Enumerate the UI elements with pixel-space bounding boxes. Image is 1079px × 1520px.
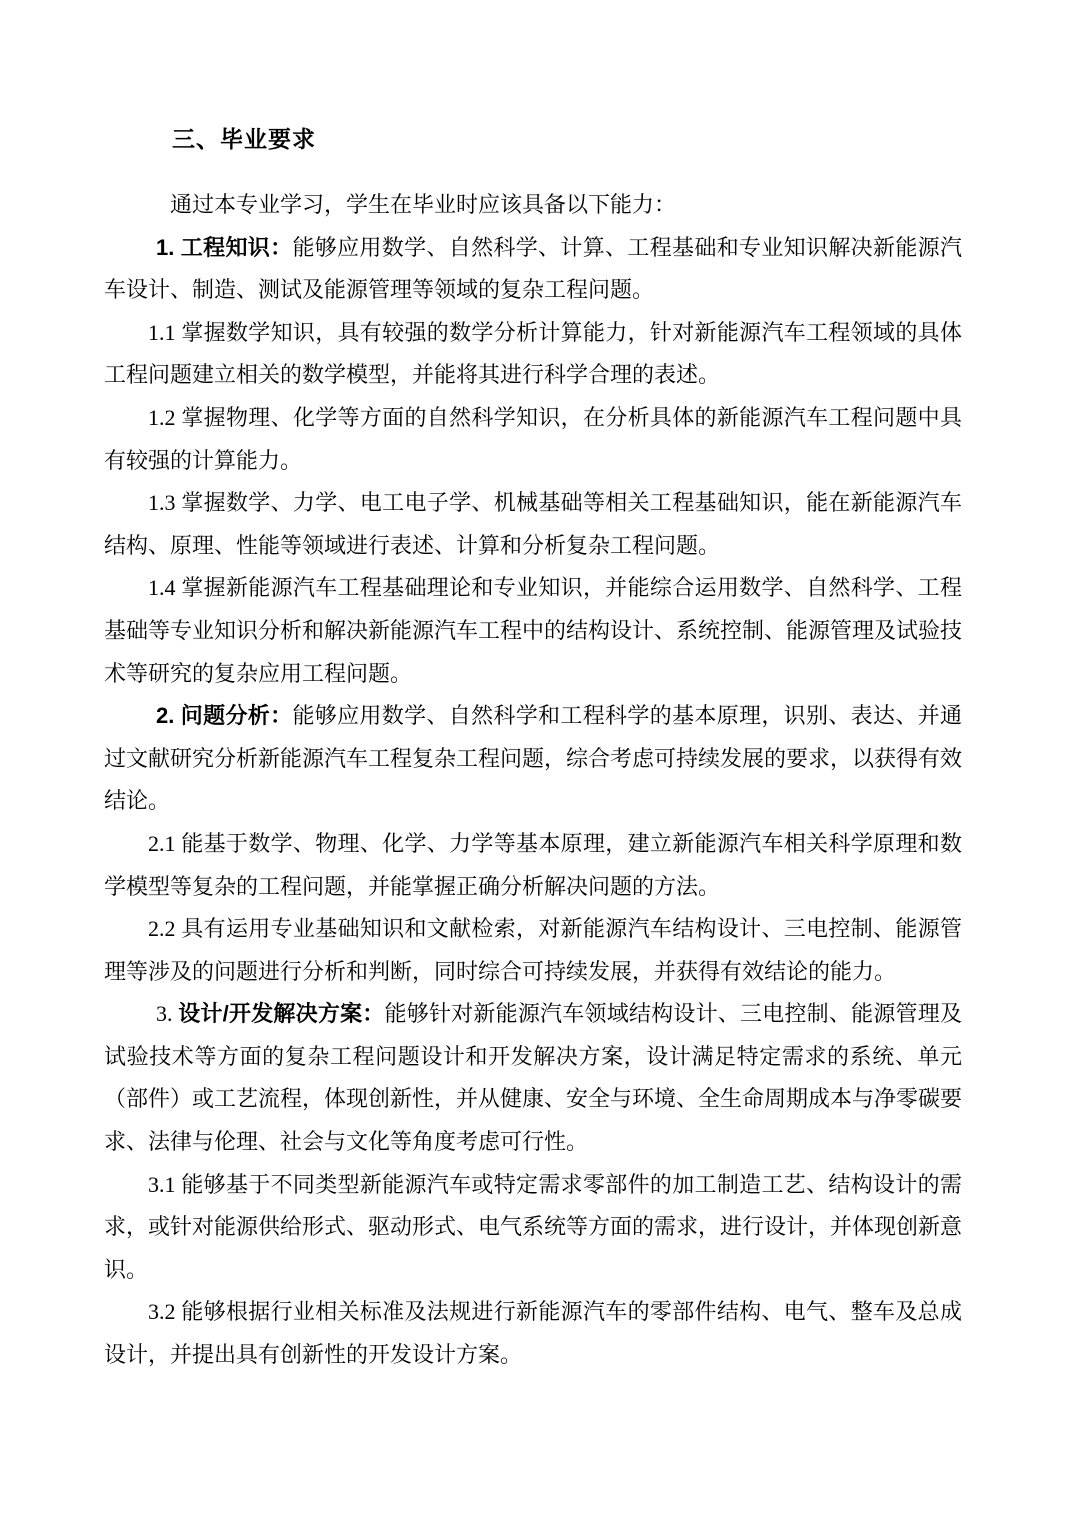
paragraph-text: 3.1 能够基于不同类型新能源汽车或特定需求零部件的加工制造工艺、结构设计的需求… (104, 1172, 962, 1282)
paragraph-requirement-2: 2. 问题分析：能够应用数学、自然科学和工程科学的基本原理，识别、表达、并通过文… (104, 695, 962, 823)
document-page: 三、毕业要求 通过本专业学习，学生在毕业时应该具备以下能力： 1. 工程知识：能… (0, 0, 1079, 1520)
paragraph-text: 1.1 掌握数学知识，具有较强的数学分析计算能力，针对新能源汽车工程领域的具体工… (104, 320, 962, 388)
paragraph-requirement-2-2: 2.2 具有运用专业基础知识和文献检索，对新能源汽车结构设计、三电控制、能源管理… (104, 908, 962, 993)
paragraph-requirement-3: 3. 设计/开发解决方案：能够针对新能源汽车领域结构设计、三电控制、能源管理及试… (104, 993, 962, 1163)
paragraph-requirement-2-1: 2.1 能基于数学、物理、化学、力学等基本原理，建立新能源汽车相关科学原理和数学… (104, 823, 962, 908)
paragraph-requirement-1: 1. 工程知识：能够应用数学、自然科学、计算、工程基础和专业知识解决新能源汽车设… (104, 227, 962, 312)
requirement-1-label: 1. 工程知识： (156, 235, 292, 260)
requirement-2-label: 2. 问题分析： (156, 703, 292, 728)
paragraph-requirement-1-3: 1.3 掌握数学、力学、电工电子学、机械基础等相关工程基础知识，能在新能源汽车结… (104, 482, 962, 567)
paragraph-requirement-1-4: 1.4 掌握新能源汽车工程基础理论和专业知识，并能综合运用数学、自然科学、工程基… (104, 567, 962, 695)
requirement-3-label: 设计/开发解决方案： (178, 1001, 384, 1026)
paragraph-requirement-1-2: 1.2 掌握物理、化学等方面的自然科学知识，在分析具体的新能源汽车工程问题中具有… (104, 397, 962, 482)
paragraph-text: 3.2 能够根据行业相关标准及法规进行新能源汽车的零部件结构、电气、整车及总成设… (104, 1299, 962, 1367)
section-heading: 三、毕业要求 (172, 118, 962, 160)
requirement-3-number: 3. (156, 1001, 178, 1026)
paragraph-text: 通过本专业学习，学生在毕业时应该具备以下能力： (170, 192, 676, 217)
paragraph-requirement-3-2: 3.2 能够根据行业相关标准及法规进行新能源汽车的零部件结构、电气、整车及总成设… (104, 1291, 962, 1376)
paragraph-requirement-1-1: 1.1 掌握数学知识，具有较强的数学分析计算能力，针对新能源汽车工程领域的具体工… (104, 312, 962, 397)
paragraph-requirement-3-1: 3.1 能够基于不同类型新能源汽车或特定需求零部件的加工制造工艺、结构设计的需求… (104, 1164, 962, 1292)
paragraph-text: 1.3 掌握数学、力学、电工电子学、机械基础等相关工程基础知识，能在新能源汽车结… (104, 490, 962, 558)
paragraph-text: 2.1 能基于数学、物理、化学、力学等基本原理，建立新能源汽车相关科学原理和数学… (104, 831, 962, 899)
paragraph-text: 1.4 掌握新能源汽车工程基础理论和专业知识，并能综合运用数学、自然科学、工程基… (104, 575, 962, 685)
paragraph-text: 2.2 具有运用专业基础知识和文献检索，对新能源汽车结构设计、三电控制、能源管理… (104, 916, 962, 984)
paragraph-text: 1.2 掌握物理、化学等方面的自然科学知识，在分析具体的新能源汽车工程问题中具有… (104, 405, 962, 473)
paragraph-intro: 通过本专业学习，学生在毕业时应该具备以下能力： (104, 184, 962, 227)
